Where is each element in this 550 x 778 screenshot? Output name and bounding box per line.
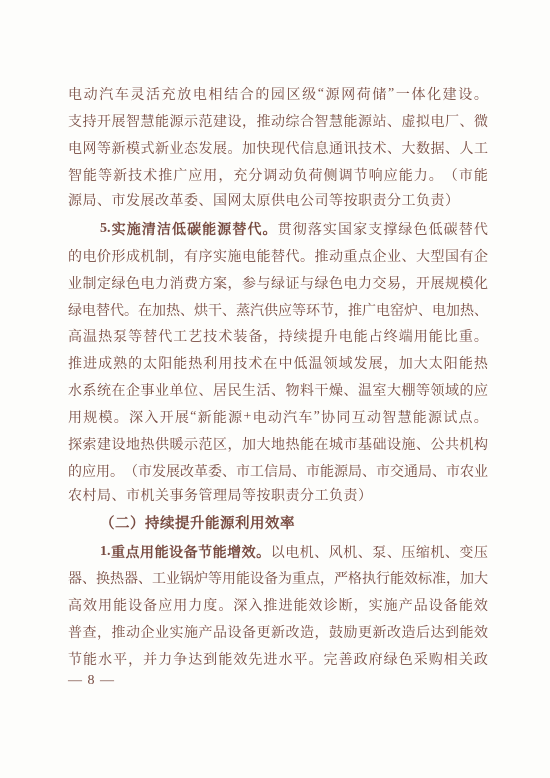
- text-line: 的应用。（市发展改革委、市工信局、市能源局、市交通局、市农业: [68, 457, 488, 484]
- text-line: 高温热泵等替代工艺技术装备，持续提升电能占终端用能比重。: [68, 323, 488, 350]
- document-page: 电动汽车灵活充放电相结合的园区级“源网荷储”一体化建设。支持开展智慧能源示范建设…: [0, 0, 550, 778]
- text-line: 高效用能设备应用力度。深入推进能效诊断，实施产品设备能效: [68, 592, 488, 619]
- text-line: 器、换热器、工业锅炉等用能设备为重点，严格执行能效标准，加大: [68, 565, 488, 592]
- text-line: 5.实施清洁低碳能源替代。贯彻落实国家支撑绿色低碳替代: [68, 215, 488, 242]
- text-line: 水系统在企事业单位、居民生活、物料干燥、温室大棚等领域的应: [68, 377, 488, 404]
- text-line: 节能水平，并力争达到能效先进水平。完善政府绿色采购相关政: [68, 646, 488, 673]
- text-line: 源局、市发展改革委、国网太原供电公司等按职责分工负责）: [68, 189, 488, 216]
- text-line: 普查，推动企业实施产品设备更新改造，鼓励更新改造后达到能效: [68, 619, 488, 646]
- text-line: 绿电替代。在加热、烘干、蒸汽供应等环节，推广电窑炉、电加热、: [68, 296, 488, 323]
- page-number: — 8 —: [68, 668, 115, 694]
- text-line: 探索建设地热供暖示范区，加大地热能在城市基础设施、公共机构: [68, 431, 488, 458]
- text-line: 支持开展智慧能源示范建设，推动综合智慧能源站、虚拟电厂、微: [68, 108, 488, 135]
- text-line: 智能等新技术推广应用，充分调动负荷侧调节响应能力。（市能: [68, 162, 488, 189]
- text-line: 电网等新模式新业态发展。加快现代信息通讯技术、大数据、人工: [68, 135, 488, 162]
- document-text-block: 电动汽车灵活充放电相结合的园区级“源网荷储”一体化建设。支持开展智慧能源示范建设…: [68, 81, 488, 673]
- text-line: 的电价形成机制，有序实施电能替代。推动重点企业、大型国有企: [68, 242, 488, 269]
- section-heading: （二）持续提升能源利用效率: [68, 511, 488, 538]
- text-line: 农村局、市机关事务管理局等按职责分工负责）: [68, 484, 488, 511]
- text-line: 1.重点用能设备节能增效。以电机、风机、泵、压缩机、变压: [68, 538, 488, 565]
- text-line: 用规模。深入开展“新能源+电动汽车”协同互动智慧能源试点。: [68, 404, 488, 431]
- text-line: 业制定绿色电力消费方案，参与绿证与绿色电力交易，开展规模化: [68, 269, 488, 296]
- text-line: 推进成熟的太阳能热利用技术在中低温领域发展，加大太阳能热: [68, 350, 488, 377]
- text-line: 电动汽车灵活充放电相结合的园区级“源网荷储”一体化建设。: [68, 81, 488, 108]
